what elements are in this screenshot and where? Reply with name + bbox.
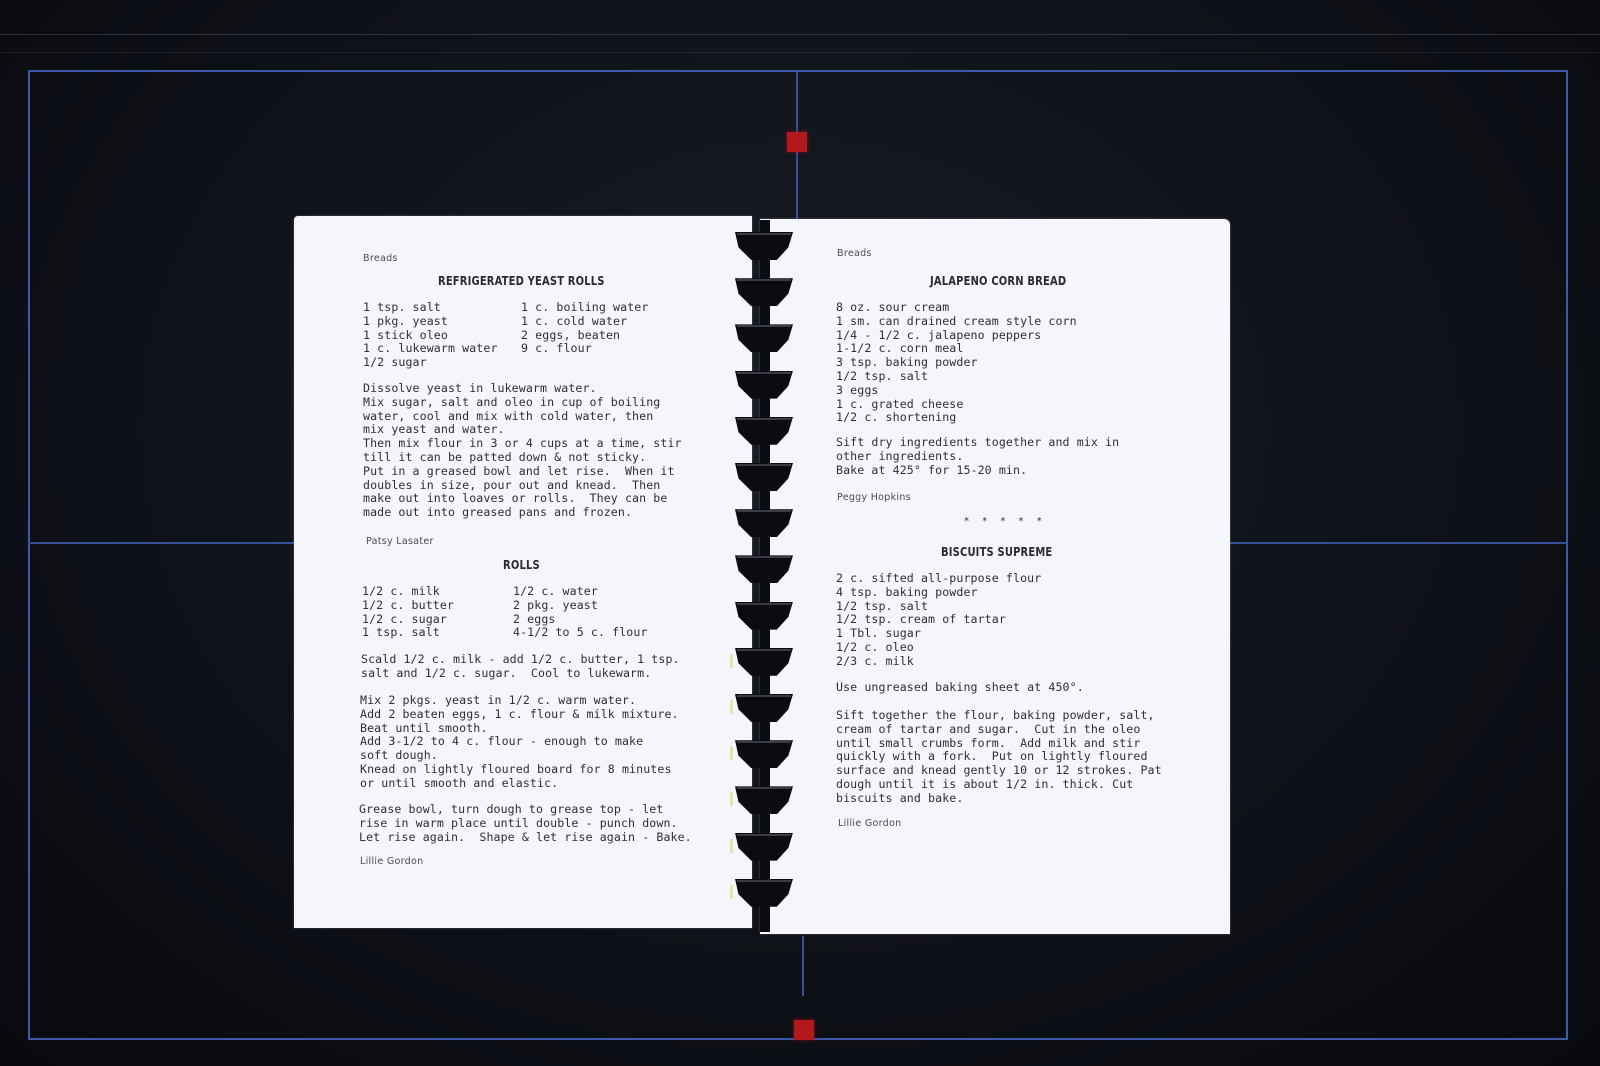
ring-glint: [730, 746, 733, 760]
binding-ring: [735, 879, 793, 907]
binding-ring: [735, 694, 793, 722]
binding-ring: [735, 463, 793, 491]
binding-ring: [735, 324, 793, 352]
recipe-note: Use ungreased baking sheet at 450°.: [836, 681, 1084, 695]
binding-ring: [735, 278, 793, 306]
center-guide-left: [28, 542, 298, 544]
left-page: Breads REFRIGERATED YEAST ROLLS 1 tsp. s…: [294, 216, 752, 928]
ingredients-col-1: 1/2 c. milk 1/2 c. butter 1/2 c. sugar 1…: [362, 585, 454, 640]
recipe-directions: Sift dry ingredients together and mix in…: [836, 436, 1119, 477]
binding-ring: [735, 555, 793, 583]
center-guide-right: [1228, 542, 1568, 544]
recipe-directions: Grease bowl, turn dough to grease top - …: [359, 803, 692, 844]
binding-ring: [735, 602, 793, 630]
center-guide-bottom: [802, 936, 804, 996]
right-page: Breads JALAPENO CORN BREAD 8 oz. sour cr…: [760, 219, 1230, 934]
recipe-directions: Mix 2 pkgs. yeast in 1/2 c. warm water. …: [360, 694, 679, 791]
registration-marker-top: [787, 132, 807, 152]
recipe-title: ROLLS: [503, 558, 540, 572]
binding-ring: [735, 740, 793, 768]
ingredients-col-2: 1/2 c. water 2 pkg. yeast 2 eggs 4-1/2 t…: [513, 585, 648, 640]
recipe-title: BISCUITS SUPREME: [941, 545, 1052, 559]
recipe-title: JALAPENO CORN BREAD: [930, 274, 1066, 288]
recipe-author: Lillie Gordon: [360, 856, 423, 867]
ring-glint: [730, 885, 733, 899]
registration-marker-bottom: [794, 1020, 814, 1040]
recipe-author: Peggy Hopkins: [837, 492, 911, 503]
binding-ring: [735, 786, 793, 814]
ingredients-col-1: 1 tsp. salt 1 pkg. yeast 1 stick oleo 1 …: [363, 301, 498, 370]
scanner-streak: [0, 34, 1600, 35]
section-label: Breads: [837, 248, 872, 259]
ring-glint: [730, 654, 733, 668]
recipe-title: REFRIGERATED YEAST ROLLS: [438, 274, 605, 288]
binding-ring: [735, 833, 793, 861]
binding-ring: [735, 509, 793, 537]
ingredients-list: 8 oz. sour cream 1 sm. can drained cream…: [836, 301, 1077, 425]
binding-ring: [735, 232, 793, 260]
scanner-streak: [0, 52, 1600, 53]
ring-glint: [730, 839, 733, 853]
binding-ring: [735, 417, 793, 445]
spiral-binding-icon: [730, 220, 800, 932]
binding-ring: [735, 648, 793, 676]
binding-ring: [735, 371, 793, 399]
section-label: Breads: [363, 253, 398, 264]
recipe-directions: Sift together the flour, baking powder, …: [836, 709, 1162, 806]
recipe-author: Patsy Lasater: [366, 536, 434, 547]
recipe-author: Lillie Gordon: [838, 818, 901, 829]
ingredients-list: 2 c. sifted all-purpose flour 4 tsp. bak…: [836, 572, 1041, 669]
recipe-directions: Dissolve yeast in lukewarm water. Mix su…: [363, 382, 682, 520]
ring-glint: [730, 700, 733, 714]
ring-glint: [730, 792, 733, 806]
recipe-separator: * * * * *: [964, 516, 1047, 527]
ingredients-col-2: 1 c. boiling water 1 c. cold water 2 egg…: [521, 301, 648, 356]
recipe-directions: Scald 1/2 c. milk - add 1/2 c. butter, 1…: [361, 653, 680, 681]
